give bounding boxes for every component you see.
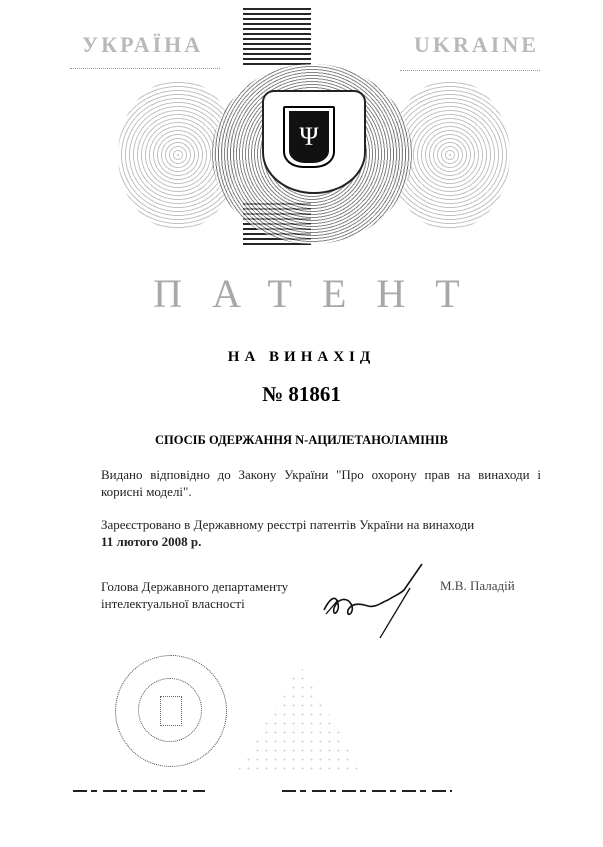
signatory-name: М.В. Паладій [440, 578, 515, 594]
registration-statement: Зареєстровано в Державному реєстрі патен… [101, 516, 541, 550]
decorative-line [400, 70, 540, 71]
decorative-stripes-top [243, 8, 311, 66]
registration-date: 11 лютого 2008 р. [101, 534, 201, 549]
registration-text: Зареєстровано в Державному реєстрі патен… [101, 517, 474, 532]
official-seal-icon [115, 655, 227, 767]
document-subtitle: НА ВИНАХІД [0, 349, 603, 366]
bottom-border-left [73, 790, 205, 792]
signatory-title: Голова Державного департаменту інтелекту… [101, 578, 291, 612]
header-ukraine-cyrillic: УКРАЇНА [82, 32, 203, 58]
issued-statement: Видано відповідно до Закону України "Про… [101, 466, 541, 500]
patent-number: № 81861 [0, 382, 603, 407]
bottom-border-right [282, 790, 452, 792]
invention-title: СПОСІБ ОДЕРЖАННЯ N-АЦИЛЕТАНОЛАМІНІВ [0, 433, 603, 448]
signature-icon [318, 560, 428, 640]
decorative-line [70, 68, 220, 69]
faint-stamp [235, 665, 365, 775]
coat-of-arms-icon: Ψ [283, 106, 335, 168]
document-title: ПАТЕНТ [0, 270, 603, 317]
header-ukraine-latin: UKRAINE [414, 32, 539, 58]
